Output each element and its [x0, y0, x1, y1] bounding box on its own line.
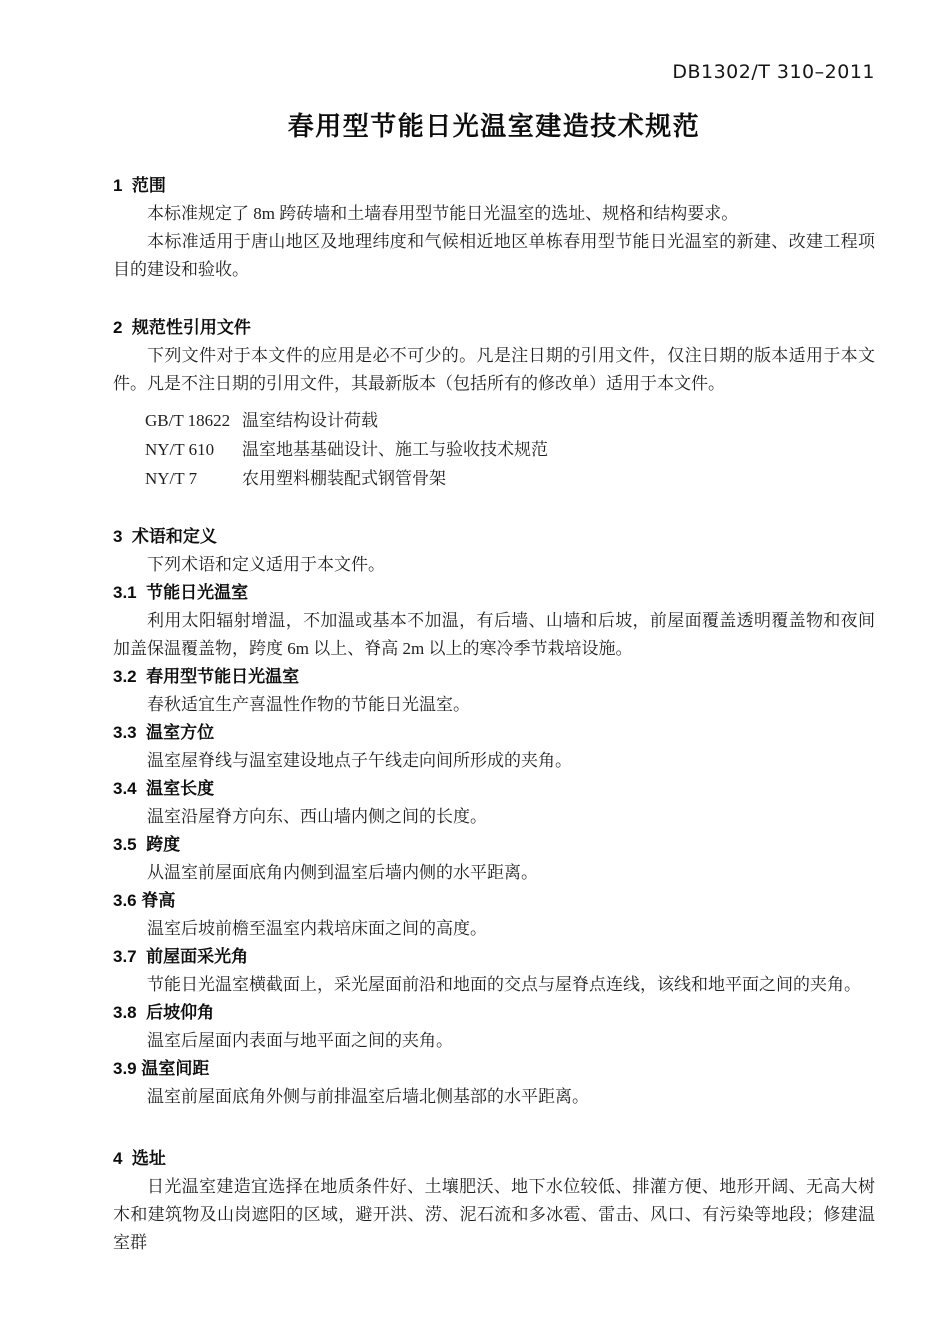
term-3-3-definition: 温室屋脊线与温室建设地点子午线走向间所形成的夹角。	[113, 747, 875, 775]
reference-code: NY/T 7	[145, 464, 242, 493]
term-3-7-definition: 节能日光温室横截面上，采光屋面前沿和地面的交点与屋脊点连线，该线和地平面之间的夹…	[113, 971, 875, 999]
doc-number: DB1302/T 310–2011	[113, 60, 875, 84]
section-1-heading: 1 范围	[113, 172, 875, 200]
term-3-9-heading: 3.9 温室间距	[113, 1055, 875, 1083]
term-3-3-heading: 3.3 温室方位	[113, 719, 875, 747]
term-3-8-heading: 3.8 后坡仰角	[113, 999, 875, 1027]
reference-item: NY/T 7 农用塑料棚装配式钢管骨架	[145, 464, 875, 493]
term-3-4-definition: 温室沿屋脊方向东、西山墙内侧之间的长度。	[113, 803, 875, 831]
document-page: DB1302/T 310–2011 春用型节能日光温室建造技术规范 1 范围 本…	[0, 0, 950, 1344]
reference-code: NY/T 610	[145, 435, 242, 464]
term-3-5-heading: 3.5 跨度	[113, 831, 875, 859]
term-3-2-heading: 3.2 春用型节能日光温室	[113, 663, 875, 691]
term-3-8-definition: 温室后屋面内表面与地平面之间的夹角。	[113, 1027, 875, 1055]
term-3-2-definition: 春秋适宜生产喜温性作物的节能日光温室。	[113, 691, 875, 719]
reference-list: GB/T 18622 温室结构设计荷载 NY/T 610 温室地基基础设计、施工…	[145, 406, 875, 493]
reference-title: 温室地基基础设计、施工与验收技术规范	[242, 435, 875, 464]
section-1-paragraph-2: 本标准适用于唐山地区及地理纬度和气候相近地区单栋春用型节能日光温室的新建、改建工…	[113, 228, 875, 284]
section-4-paragraph-1: 日光温室建造宜选择在地质条件好、土壤肥沃、地下水位较低、排灌方便、地形开阔、无高…	[113, 1173, 875, 1257]
reference-item: GB/T 18622 温室结构设计荷载	[145, 406, 875, 435]
reference-item: NY/T 610 温室地基基础设计、施工与验收技术规范	[145, 435, 875, 464]
term-3-9-definition: 温室前屋面底角外侧与前排温室后墙北侧基部的水平距离。	[113, 1083, 875, 1111]
term-3-1-definition: 利用太阳辐射增温，不加温或基本不加温，有后墙、山墙和后坡，前屋面覆盖透明覆盖物和…	[113, 607, 875, 663]
reference-title: 温室结构设计荷载	[242, 406, 875, 435]
term-3-5-definition: 从温室前屋面底角内侧到温室后墙内侧的水平距离。	[113, 859, 875, 887]
term-3-1-heading: 3.1 节能日光温室	[113, 579, 875, 607]
section-3-intro: 下列术语和定义适用于本文件。	[113, 551, 875, 579]
section-scope: 1 范围 本标准规定了 8m 跨砖墙和土墙春用型节能日光温室的选址、规格和结构要…	[113, 172, 875, 284]
term-3-4-heading: 3.4 温室长度	[113, 775, 875, 803]
term-3-7-heading: 3.7 前屋面采光角	[113, 943, 875, 971]
reference-title: 农用塑料棚装配式钢管骨架	[242, 464, 875, 493]
term-3-6-definition: 温室后坡前檐至温室内栽培床面之间的高度。	[113, 915, 875, 943]
section-3-heading: 3 术语和定义	[113, 523, 875, 551]
section-1-paragraph-1: 本标准规定了 8m 跨砖墙和土墙春用型节能日光温室的选址、规格和结构要求。	[113, 200, 875, 228]
section-2-paragraph-1: 下列文件对于本文件的应用是必不可少的。凡是注日期的引用文件，仅注日期的版本适用于…	[113, 342, 875, 398]
section-normative-references: 2 规范性引用文件 下列文件对于本文件的应用是必不可少的。凡是注日期的引用文件，…	[113, 314, 875, 493]
section-site-selection: 4 选址 日光温室建造宜选择在地质条件好、土壤肥沃、地下水位较低、排灌方便、地形…	[113, 1145, 875, 1257]
doc-title: 春用型节能日光温室建造技术规范	[113, 106, 875, 146]
section-2-heading: 2 规范性引用文件	[113, 314, 875, 342]
section-terms-and-definitions: 3 术语和定义 下列术语和定义适用于本文件。 3.1 节能日光温室 利用太阳辐射…	[113, 523, 875, 1111]
reference-code: GB/T 18622	[145, 406, 242, 435]
section-4-heading: 4 选址	[113, 1145, 875, 1173]
term-3-6-heading: 3.6 脊高	[113, 887, 875, 915]
